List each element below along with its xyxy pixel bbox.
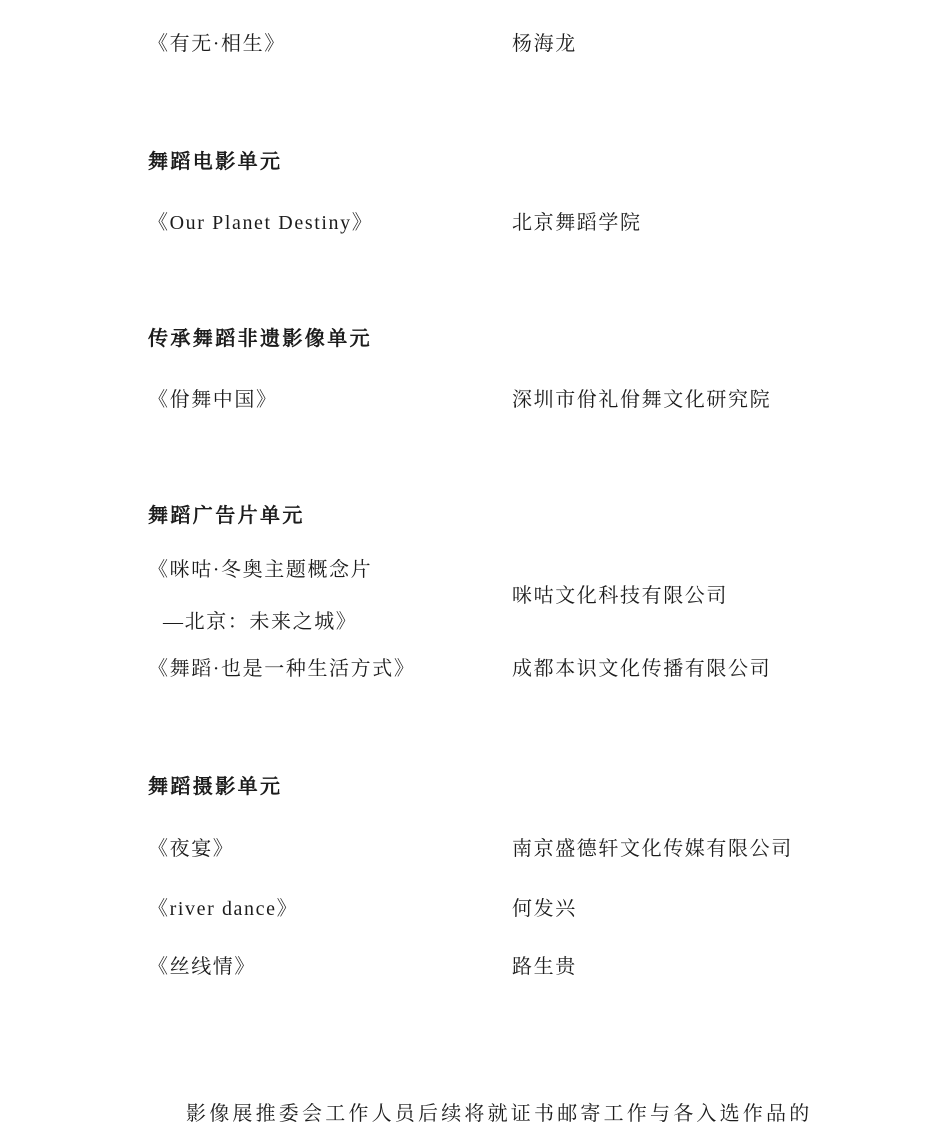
holder-name: 北京舞蹈学院 bbox=[512, 206, 642, 235]
section-heading-dance-film: 舞蹈电影单元 bbox=[148, 145, 282, 174]
holder-name: 成都本识文化传播有限公司 bbox=[512, 652, 771, 681]
work-title: 《Our Planet Destiny》 bbox=[148, 206, 373, 235]
section-heading-dance-advert: 舞蹈广告片单元 bbox=[148, 499, 305, 528]
section-heading-dance-photography: 舞蹈摄影单元 bbox=[148, 770, 282, 799]
work-title-line1: 《咪咕·冬奥主题概念片 bbox=[148, 553, 372, 582]
holder-name: 何发兴 bbox=[512, 892, 577, 921]
document-page: 《有无·相生》 杨海龙 舞蹈电影单元 《Our Planet Destiny》 … bbox=[0, 0, 946, 1142]
holder-name: 咪咕文化科技有限公司 bbox=[512, 579, 728, 608]
work-title: 《夜宴》 bbox=[148, 832, 234, 861]
holder-name: 南京盛德轩文化传媒有限公司 bbox=[512, 832, 793, 861]
work-title: 《有无·相生》 bbox=[148, 27, 286, 56]
holder-name: 杨海龙 bbox=[512, 27, 577, 56]
holder-name: 深圳市佾礼佾舞文化研究院 bbox=[512, 383, 771, 412]
holder-name: 路生贵 bbox=[512, 950, 577, 979]
work-title: 《佾舞中国》 bbox=[148, 383, 278, 412]
work-title: 《舞蹈·也是一种生活方式》 bbox=[148, 652, 415, 681]
footer-paragraph-line: 影像展推委会工作人员后续将就证书邮寄工作与各入选作品的 bbox=[186, 1097, 812, 1126]
work-title-line2: —北京：未来之城》 bbox=[163, 605, 357, 634]
work-title: 《丝线情》 bbox=[148, 950, 256, 979]
section-heading-heritage-imagery: 传承舞蹈非遗影像单元 bbox=[148, 322, 372, 351]
work-title: 《river dance》 bbox=[148, 892, 298, 921]
